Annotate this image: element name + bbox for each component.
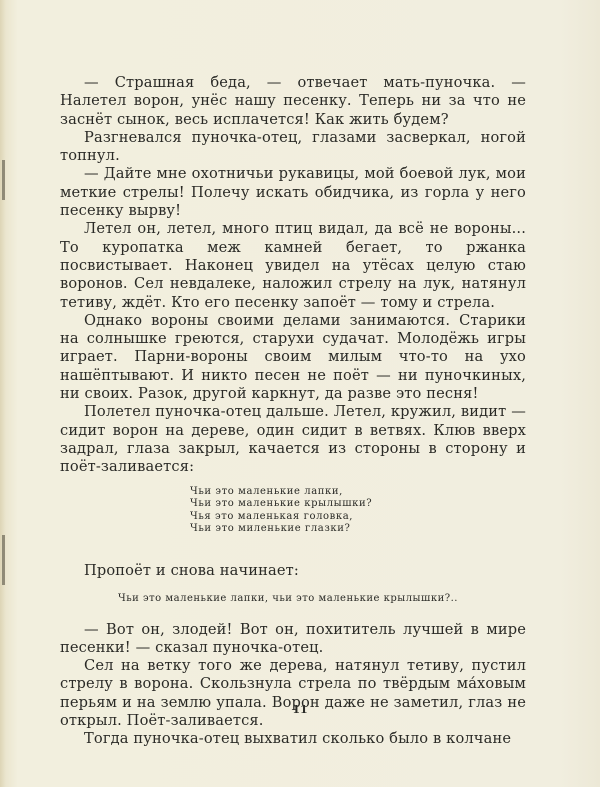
- paragraph: Пропоёт и снова начинает:: [60, 562, 526, 580]
- book-page: — Страшная беда, — отвечает мать-пуночка…: [0, 0, 600, 787]
- binding-mark: [2, 160, 5, 200]
- song-verse: Чьи это маленькие лапки, Чьи это маленьк…: [190, 486, 526, 536]
- page-text: — Страшная беда, — отвечает мать-пуночка…: [60, 74, 526, 749]
- paragraph: Тогда пуночка-отец выхватил сколько было…: [60, 730, 526, 748]
- song-repeat-line: Чьи это маленькие лапки, чьи это маленьк…: [118, 590, 526, 608]
- paragraph: — Дайте мне охотничьи рукавицы, мой боев…: [60, 165, 526, 220]
- binding-mark: [2, 535, 5, 585]
- verse-line: Чьи это маленькие крылышки?: [190, 498, 526, 511]
- paragraph: Летел он, летел, много птиц видал, да вс…: [60, 220, 526, 311]
- paragraph: Однако вороны своими делами занимаются. …: [60, 312, 526, 403]
- paragraph: Разгневался пуночка-отец, глазами засвер…: [60, 129, 526, 166]
- page-number: 11: [0, 703, 600, 716]
- paragraph: Сел на ветку того же дерева, натянул тет…: [60, 657, 526, 730]
- verse-line: Чьи это маленькие лапки,: [190, 486, 526, 499]
- paragraph: Полетел пуночка-отец дальше. Летел, круж…: [60, 403, 526, 476]
- verse-line: Чьи это миленькие глазки?: [190, 523, 526, 536]
- verse-line: Чья это маленькая головка,: [190, 511, 526, 524]
- paragraph: — Страшная беда, — отвечает мать-пуночка…: [60, 74, 526, 129]
- paragraph: — Вот он, злодей! Вот он, похититель луч…: [60, 621, 526, 658]
